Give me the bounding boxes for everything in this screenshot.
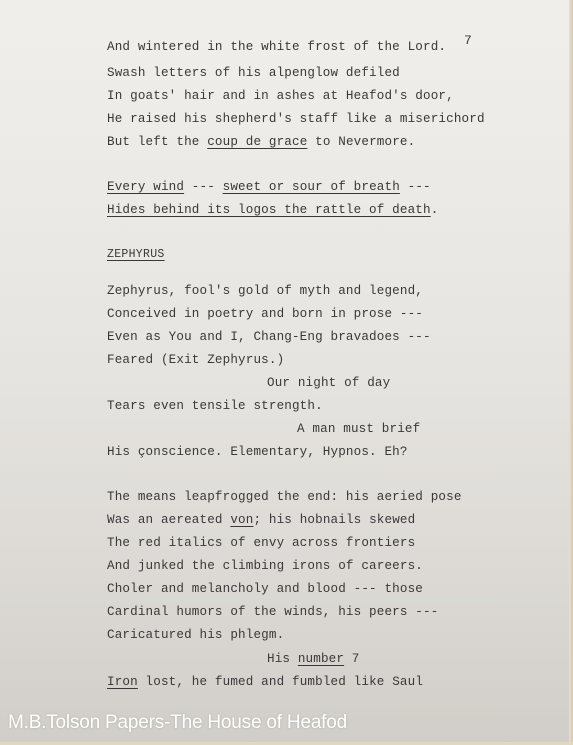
poem-line: Conceived in poetry and born in prose --… — [107, 307, 423, 321]
underlined-phrase: Iron — [107, 675, 138, 689]
poem-line: In goats' hair and in ashes at Heafod's … — [107, 89, 454, 103]
poem-line: Cardinal humors of the winds, his peers … — [107, 605, 438, 619]
section-heading-text: ZEPHYRUS — [107, 248, 165, 261]
poem-line: Zephyrus, fool's gold of myth and legend… — [107, 284, 423, 298]
poem-text: His — [267, 652, 298, 666]
poem-text: 7 — [344, 652, 359, 666]
poem-line: Hides behind its logos the rattle of dea… — [107, 203, 438, 217]
poem-line: Was an aereated von; his hobnails skewed — [107, 513, 415, 527]
poem-line: Choler and melancholy and blood --- thos… — [107, 582, 423, 596]
underlined-phrase: coup de grace — [207, 135, 307, 149]
poem-text: Was an aereated — [107, 513, 230, 527]
poem-line: The red italics of envy across frontiers — [107, 536, 415, 550]
poem-text: But left the — [107, 135, 207, 149]
poem-line: And wintered in the white frost of the L… — [107, 40, 446, 54]
poem-line: The means leapfrogged the end: his aerie… — [107, 490, 462, 504]
poem-line: He raised his shepherd's staff like a mi… — [107, 112, 485, 126]
poem-line-dropped: Our night of day — [267, 376, 390, 390]
poem-line: Every wind --- sweet or sour of breath -… — [107, 180, 431, 194]
poem-text: . — [431, 203, 439, 217]
section-heading: ZEPHYRUS — [107, 248, 165, 261]
poem-text: --- — [400, 180, 431, 194]
poem-line: Feared (Exit Zephyrus.) — [107, 353, 284, 367]
archive-watermark: M.B.Tolson Papers-The House of Heafod — [8, 712, 347, 734]
poem-line-dropped: His number 7 — [267, 652, 360, 666]
page-number: 7 — [464, 33, 472, 48]
poem-text: ; his hobnails skewed — [253, 513, 415, 527]
page-edge — [569, 0, 573, 745]
underlined-phrase: sweet or sour of breath — [223, 180, 400, 194]
underlined-phrase: von — [230, 513, 253, 527]
underlined-phrase: Hides behind its logos the rattle of dea… — [107, 203, 431, 217]
poem-text: to Nevermore. — [307, 135, 415, 149]
poem-line: Tears even tensile strength. — [107, 399, 323, 413]
poem-text: --- — [184, 180, 223, 194]
poem-line: Iron lost, he fumed and fumbled like Sau… — [107, 675, 423, 689]
poem-line: And junked the climbing irons of careers… — [107, 559, 423, 573]
poem-line-dropped: A man must brief — [297, 422, 420, 436]
poem-line: Even as You and I, Chang-Eng bravadoes -… — [107, 330, 431, 344]
poem-line: His çonscience. Elementary, Hypnos. Eh? — [107, 445, 408, 459]
poem-line: Swash letters of his alpenglow defiled — [107, 66, 400, 80]
poem-text: lost, he fumed and fumbled like Saul — [138, 675, 423, 689]
underlined-phrase: number — [298, 652, 344, 666]
poem-line: But left the coup de grace to Nevermore. — [107, 135, 415, 149]
poem-line: Caricatured his phlegm. — [107, 628, 284, 642]
underlined-phrase: Every wind — [107, 180, 184, 194]
